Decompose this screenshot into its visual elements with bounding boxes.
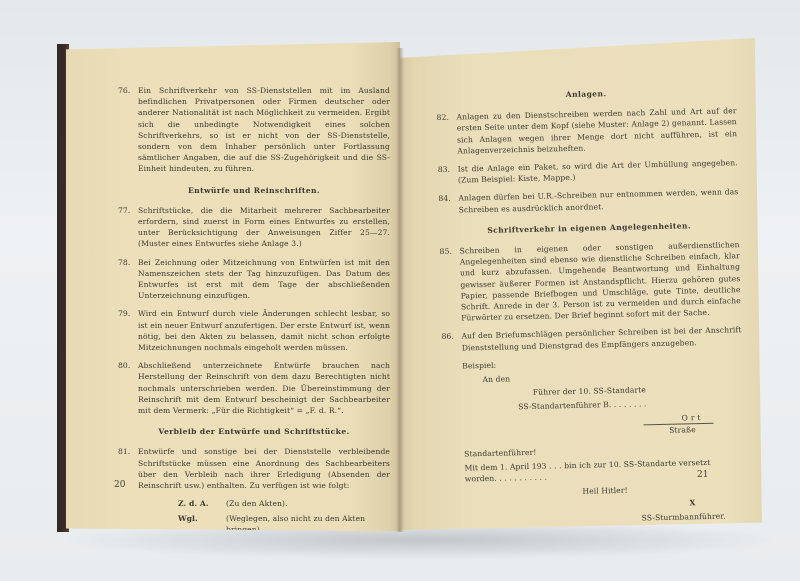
right-page-text: Anlagen. 82.Anlagen zu den Dienstschreib…: [436, 85, 747, 581]
paragraph-number: 77.: [118, 205, 138, 250]
paragraph-text: Wird ein Entwurf durch viele Änderungen …: [138, 308, 390, 353]
numbered-paragraph: 78.Bei Zeichnung oder Mitzeichnung von E…: [118, 257, 390, 302]
paragraph-text: Schreiben in eigenen oder sonstigen auße…: [459, 239, 741, 324]
paragraph-text: Bei Zeichnung oder Mitzeichnung von Entw…: [138, 257, 390, 302]
left-page-text: 76.Ein Schriftverkehr von SS-Dienststell…: [118, 85, 390, 563]
paragraph-text: Ist die Anlage ein Paket, so wird die Ar…: [458, 157, 738, 186]
paragraph-number: 76.: [118, 85, 138, 175]
numbered-paragraph: 85.Schreiben in eigenen oder sonstigen a…: [439, 239, 741, 324]
paragraph-text: Schriftstücke, die die Mitarbeit mehrere…: [138, 205, 390, 250]
numbered-paragraph: 84.Anlagen dürfen bei U.R.-Schreiben nur…: [438, 187, 738, 216]
paragraph-number: 84.: [438, 193, 459, 216]
section-heading: Anlagen.: [436, 85, 736, 103]
page-number: 21: [697, 470, 708, 480]
paragraph-number: 78.: [118, 257, 138, 302]
section-heading: Schriftverkehr in eigenen Angelegenheite…: [439, 219, 739, 237]
abbreviation-row: Z. d. A.(Zu den Akten).: [118, 498, 390, 509]
lebenslauf-details: Vor- und Familienname, Ort, Tag, Monat u…: [447, 558, 747, 581]
paragraph-number: 83.: [438, 164, 459, 187]
paragraph-text: Anlagen zu den Dienstschreiben werden na…: [456, 105, 737, 156]
paragraph-text: Abschließend unterzeichnete Entwürfe bra…: [138, 360, 390, 416]
paragraph-number: 79.: [118, 308, 138, 353]
paragraph-text: Entwürfe und sonstige bei der Dienststel…: [138, 446, 390, 491]
letter-example: Beispiel: An den Führer der 10. SS-Stand…: [442, 354, 746, 528]
numbered-paragraph: 79.Wird ein Entwurf durch viele Änderung…: [118, 308, 390, 353]
paragraph-text: Ein Schriftverkehr von SS-Dienststellen …: [138, 85, 390, 175]
paragraph-number: 86.: [441, 331, 462, 354]
numbered-paragraph: 86.Auf den Briefumschlägen persönlicher …: [441, 325, 741, 354]
right-page: Anlagen. 82.Anlagen zu den Dienstschreib…: [400, 38, 762, 535]
numbered-paragraph: 81.Entwürfe und sonstige bei der Diensts…: [118, 446, 390, 491]
book-gutter: [396, 48, 404, 532]
abbreviation-key: Z. d. A.: [178, 498, 226, 509]
numbered-paragraph: 76.Ein Schriftverkehr von SS-Dienststell…: [118, 85, 390, 175]
numbered-paragraph: 77.Schriftstücke, die die Mitarbeit mehr…: [118, 205, 390, 250]
left-page: 76.Ein Schriftverkehr von SS-Dienststell…: [66, 42, 400, 531]
paragraph-number: 82.: [436, 112, 457, 157]
paragraph-text: Anlagen dürfen bei U.R.-Schreiben nur en…: [458, 187, 738, 216]
paragraph-text: Auf den Briefumschlägen persönlicher Sch…: [461, 325, 741, 354]
paragraph-number: 85.: [439, 246, 461, 325]
numbered-paragraph: 80.Abschließend unterzeichnete Entwürfe …: [118, 360, 390, 416]
numbered-paragraph: 82.Anlagen zu den Dienstschreiben werden…: [436, 105, 737, 157]
section-heading: Entwürfe und Reinschriften.: [118, 185, 390, 196]
paragraph-number: 80.: [118, 360, 138, 416]
section-heading: Verbleib der Entwürfe und Schriftstücke.: [118, 426, 390, 437]
page-number: 20: [114, 480, 125, 490]
numbered-paragraph: 83.Ist die Anlage ein Paket, so wird die…: [438, 157, 738, 186]
abbreviation-value: (Zu den Akten).: [226, 498, 390, 509]
